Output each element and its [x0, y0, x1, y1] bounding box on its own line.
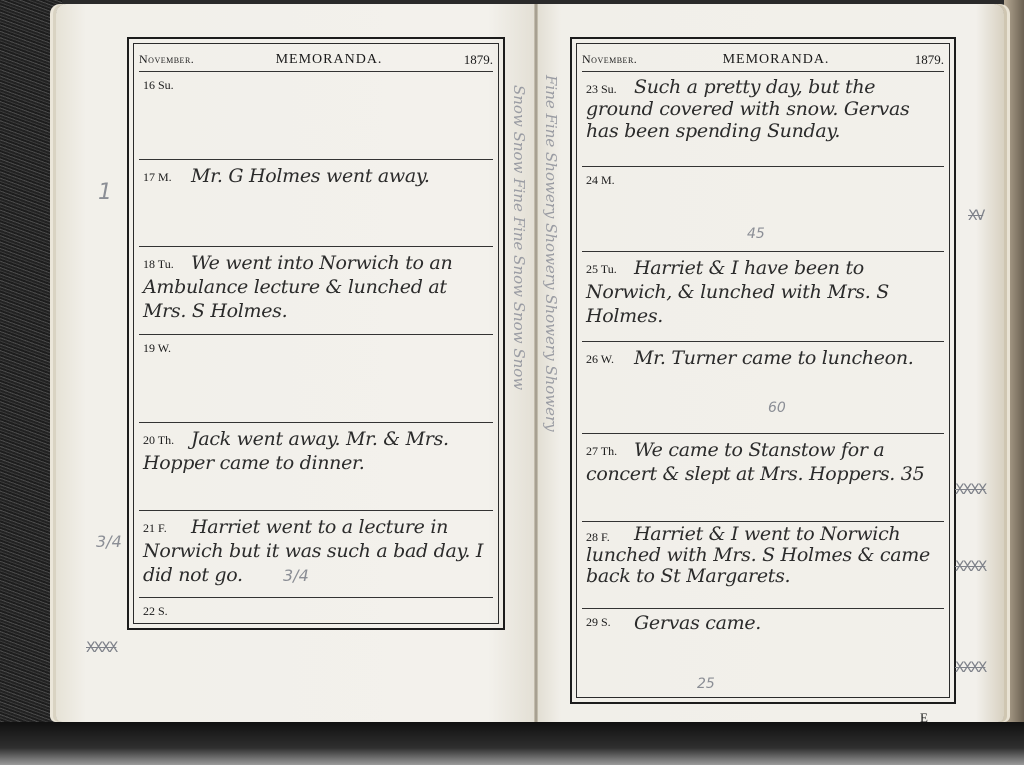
book-spine	[0, 0, 62, 765]
day-entry-25: 25 Tu. Harriet & I have been to Norwich,…	[582, 252, 944, 342]
day-entry-22: 22 S.	[139, 598, 493, 624]
day-text: Such a pretty day, but the ground covere…	[586, 76, 944, 142]
margin-tally: XXXX	[955, 660, 985, 676]
day-entry-28: 28 F. Harriet & I went to Norwich lunche…	[582, 522, 944, 609]
day-label: 24 M.	[586, 173, 615, 188]
day-text: Gervas came.	[586, 611, 944, 635]
day-text: Mr. G Holmes went away.	[143, 164, 493, 188]
left-memoranda-frame: November. MEMORANDA. 1879. 16 Su. 17 M. …	[127, 37, 505, 630]
right-page-header: November. MEMORANDA. 1879.	[582, 48, 944, 72]
book-gutter	[534, 4, 538, 722]
day-text: We went into Norwich to an Ambulance lec…	[143, 251, 493, 323]
pencil-fraction: 3/4	[283, 566, 309, 585]
right-memoranda-frame: November. MEMORANDA. 1879. 23 Su. Such a…	[570, 37, 956, 704]
day-entry-29: 29 S. Gervas came.	[582, 609, 944, 695]
gutter-weather-notes-left: Snow Snow Fine Fine Snow Snow Snow	[510, 85, 528, 390]
header-month: November.	[582, 52, 637, 67]
day-entry-23: 23 Su. Such a pretty day, but the ground…	[582, 72, 944, 167]
pencil-number: 60	[768, 400, 786, 416]
day-entry-19: 19 W.	[139, 335, 493, 423]
pencil-tally: XXXX	[86, 640, 116, 656]
day-text: We came to Stanstow for a concert & slep…	[586, 438, 944, 486]
pencil-fraction: 3/4	[96, 532, 122, 551]
gutter-weather-notes-right: Fine Fine Showery Showery Showery Shower…	[542, 75, 560, 432]
day-entry-21: 21 F. Harriet went to a lecture in Norwi…	[139, 511, 493, 598]
day-text: Harriet went to a lecture in Norwich but…	[143, 515, 493, 587]
day-label: 16 Su.	[143, 78, 174, 93]
day-text: Jack went away. Mr. & Mrs. Hopper came t…	[143, 427, 493, 475]
header-year: 1879.	[464, 52, 493, 68]
pencil-number: 25	[697, 676, 715, 692]
header-title: MEMORANDA.	[276, 52, 383, 68]
day-entry-20: 20 Th. Jack went away. Mr. & Mrs. Hopper…	[139, 423, 493, 511]
day-entry-18: 18 Tu. We went into Norwich to an Ambula…	[139, 247, 493, 335]
day-text: Mr. Turner came to luncheon.	[586, 346, 944, 370]
day-entry-17: 17 M. Mr. G Holmes went away.	[139, 160, 493, 247]
day-entry-26: 26 W. Mr. Turner came to luncheon.	[582, 342, 944, 434]
day-entry-27: 27 Th. We came to Stanstow for a concert…	[582, 434, 944, 522]
pencil-number: 45	[747, 226, 765, 242]
left-page-header: November. MEMORANDA. 1879.	[139, 48, 493, 72]
pencil-mark: 1	[98, 180, 112, 205]
day-entry-16: 16 Su.	[139, 72, 493, 160]
day-label: 22 S.	[143, 604, 168, 619]
day-text: Harriet & I went to Norwich lunched with…	[586, 524, 944, 587]
header-year: 1879.	[915, 52, 944, 68]
margin-tally: XXXX	[955, 559, 985, 575]
day-label: 19 W.	[143, 341, 171, 356]
header-title: MEMORANDA.	[723, 52, 830, 68]
header-month: November.	[139, 52, 194, 67]
margin-tally: XXXX	[955, 482, 985, 498]
margin-tally: XV	[968, 208, 983, 224]
book-cover-bottom	[0, 722, 1024, 765]
book-edge	[1004, 0, 1024, 765]
day-text: Harriet & I have been to Norwich, & lunc…	[586, 256, 944, 328]
